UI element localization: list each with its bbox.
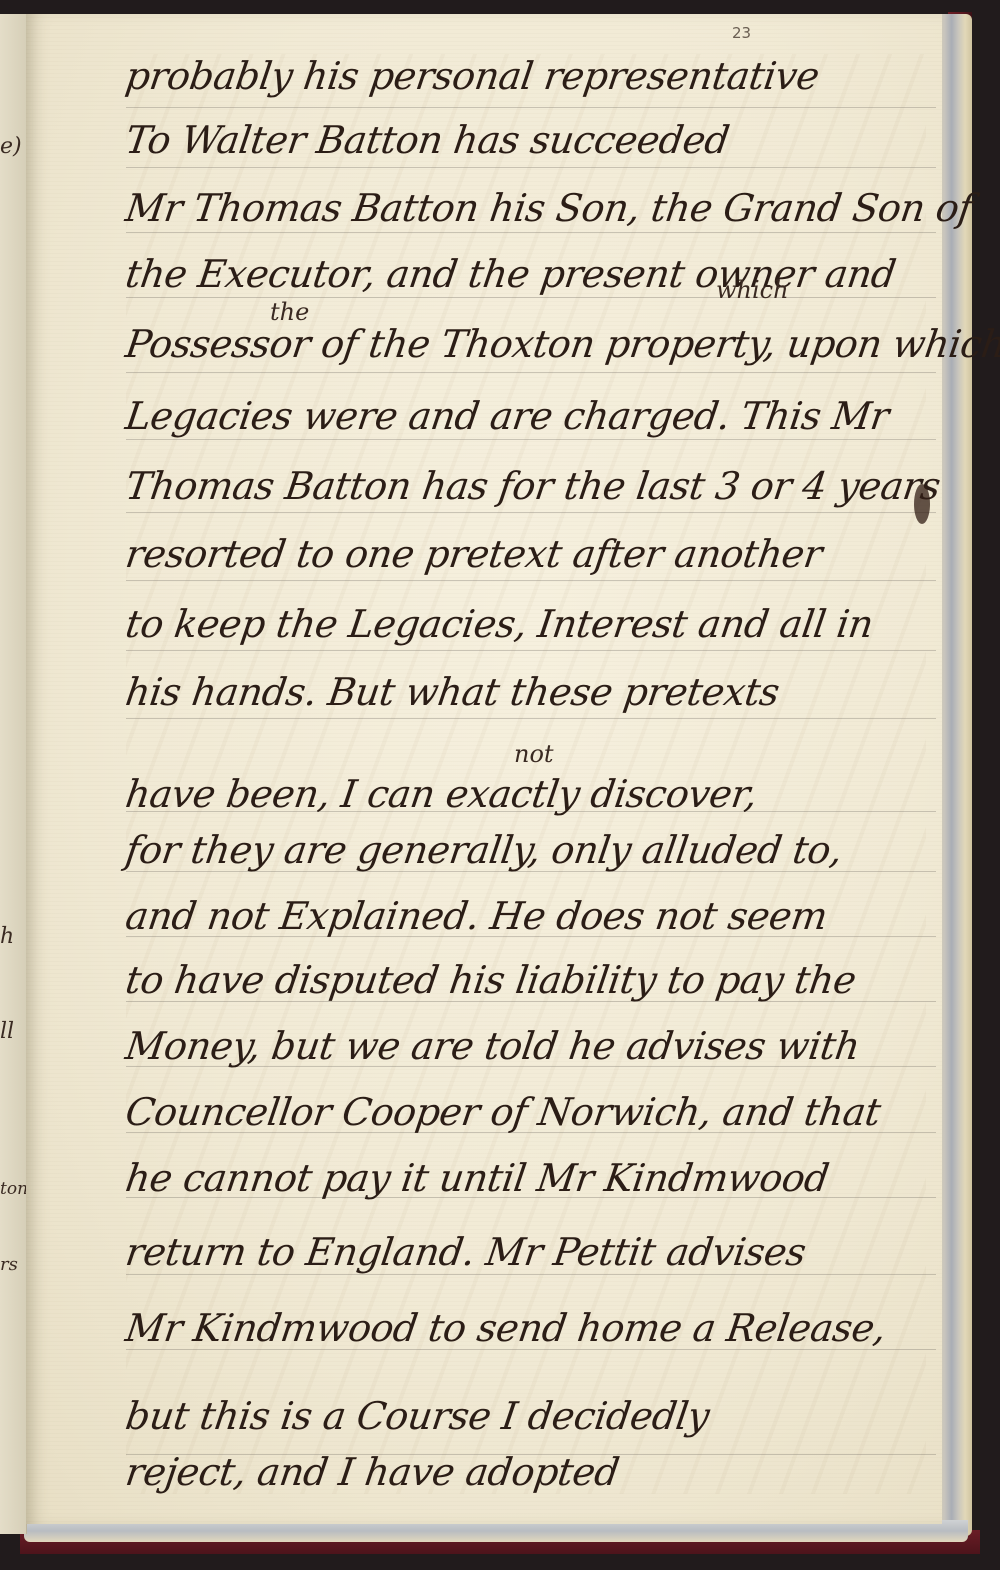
left-fragment: h	[0, 924, 14, 949]
manuscript-line: Money, but we are told he advises with	[123, 1024, 862, 1068]
ruled-line	[126, 1274, 936, 1275]
left-fragment: e)	[0, 134, 22, 159]
ruled-line	[126, 107, 936, 108]
manuscript-line: probably his personal representative	[123, 54, 822, 98]
manuscript-line: Councellor Cooper of Norwich, and that	[123, 1090, 883, 1134]
ruled-line	[126, 232, 936, 233]
manuscript-line: for they are generally, only alluded to,	[123, 828, 845, 872]
page-block-edge	[938, 14, 972, 1536]
ruled-line	[126, 167, 936, 168]
manuscript-line: to keep the Legacies, Interest and all i…	[123, 602, 876, 646]
ruled-line	[126, 297, 936, 298]
ruled-line	[126, 512, 936, 513]
manuscript-line: have been, I can exactly discover,	[123, 772, 760, 816]
left-fragment: ton	[0, 1179, 28, 1199]
manuscript-line: Mr Kindmwood to send home a Release,	[123, 1306, 889, 1350]
ruled-line	[126, 372, 936, 373]
manuscript-line: his hands. But what these pretexts	[123, 670, 782, 714]
ruled-line	[126, 580, 936, 581]
manuscript-line: To Walter Batton has succeeded	[123, 118, 732, 162]
ruled-line	[126, 718, 936, 719]
ruled-line	[126, 439, 936, 440]
page-number: 23	[732, 24, 751, 42]
manuscript-line: Possessor of the Thoxton property, upon …	[123, 322, 1000, 366]
manuscript-page: 23 probably his personal representative …	[26, 14, 942, 1524]
ink-blot	[914, 484, 930, 524]
interlinear-insertion: which	[716, 276, 789, 304]
manuscript-line: Legacies were and are charged. This Mr	[123, 394, 892, 438]
left-fragment: ll	[0, 1019, 14, 1044]
manuscript-line: reject, and I have adopted	[123, 1450, 622, 1494]
left-fragment: rs	[0, 1254, 18, 1275]
ruled-line	[126, 650, 936, 651]
manuscript-line: to have disputed his liability to pay th…	[123, 958, 859, 1002]
manuscript-line: return to England. Mr Pettit advises	[123, 1230, 808, 1274]
manuscript-line: Thomas Batton has for the last 3 or 4 ye…	[123, 464, 943, 508]
interlinear-insertion: not	[514, 740, 554, 768]
manuscript-line: but this is a Course I decidedly	[123, 1394, 712, 1438]
manuscript-line: resorted to one pretext after another	[123, 532, 825, 576]
manuscript-line: Mr Thomas Batton his Son, the Grand Son …	[123, 186, 975, 230]
manuscript-line: he cannot pay it until Mr Kindmwood	[123, 1156, 832, 1200]
manuscript-line: and not Explained. He does not seem	[123, 894, 830, 938]
previous-page-sliver: e) h ll ton rs	[0, 14, 27, 1534]
